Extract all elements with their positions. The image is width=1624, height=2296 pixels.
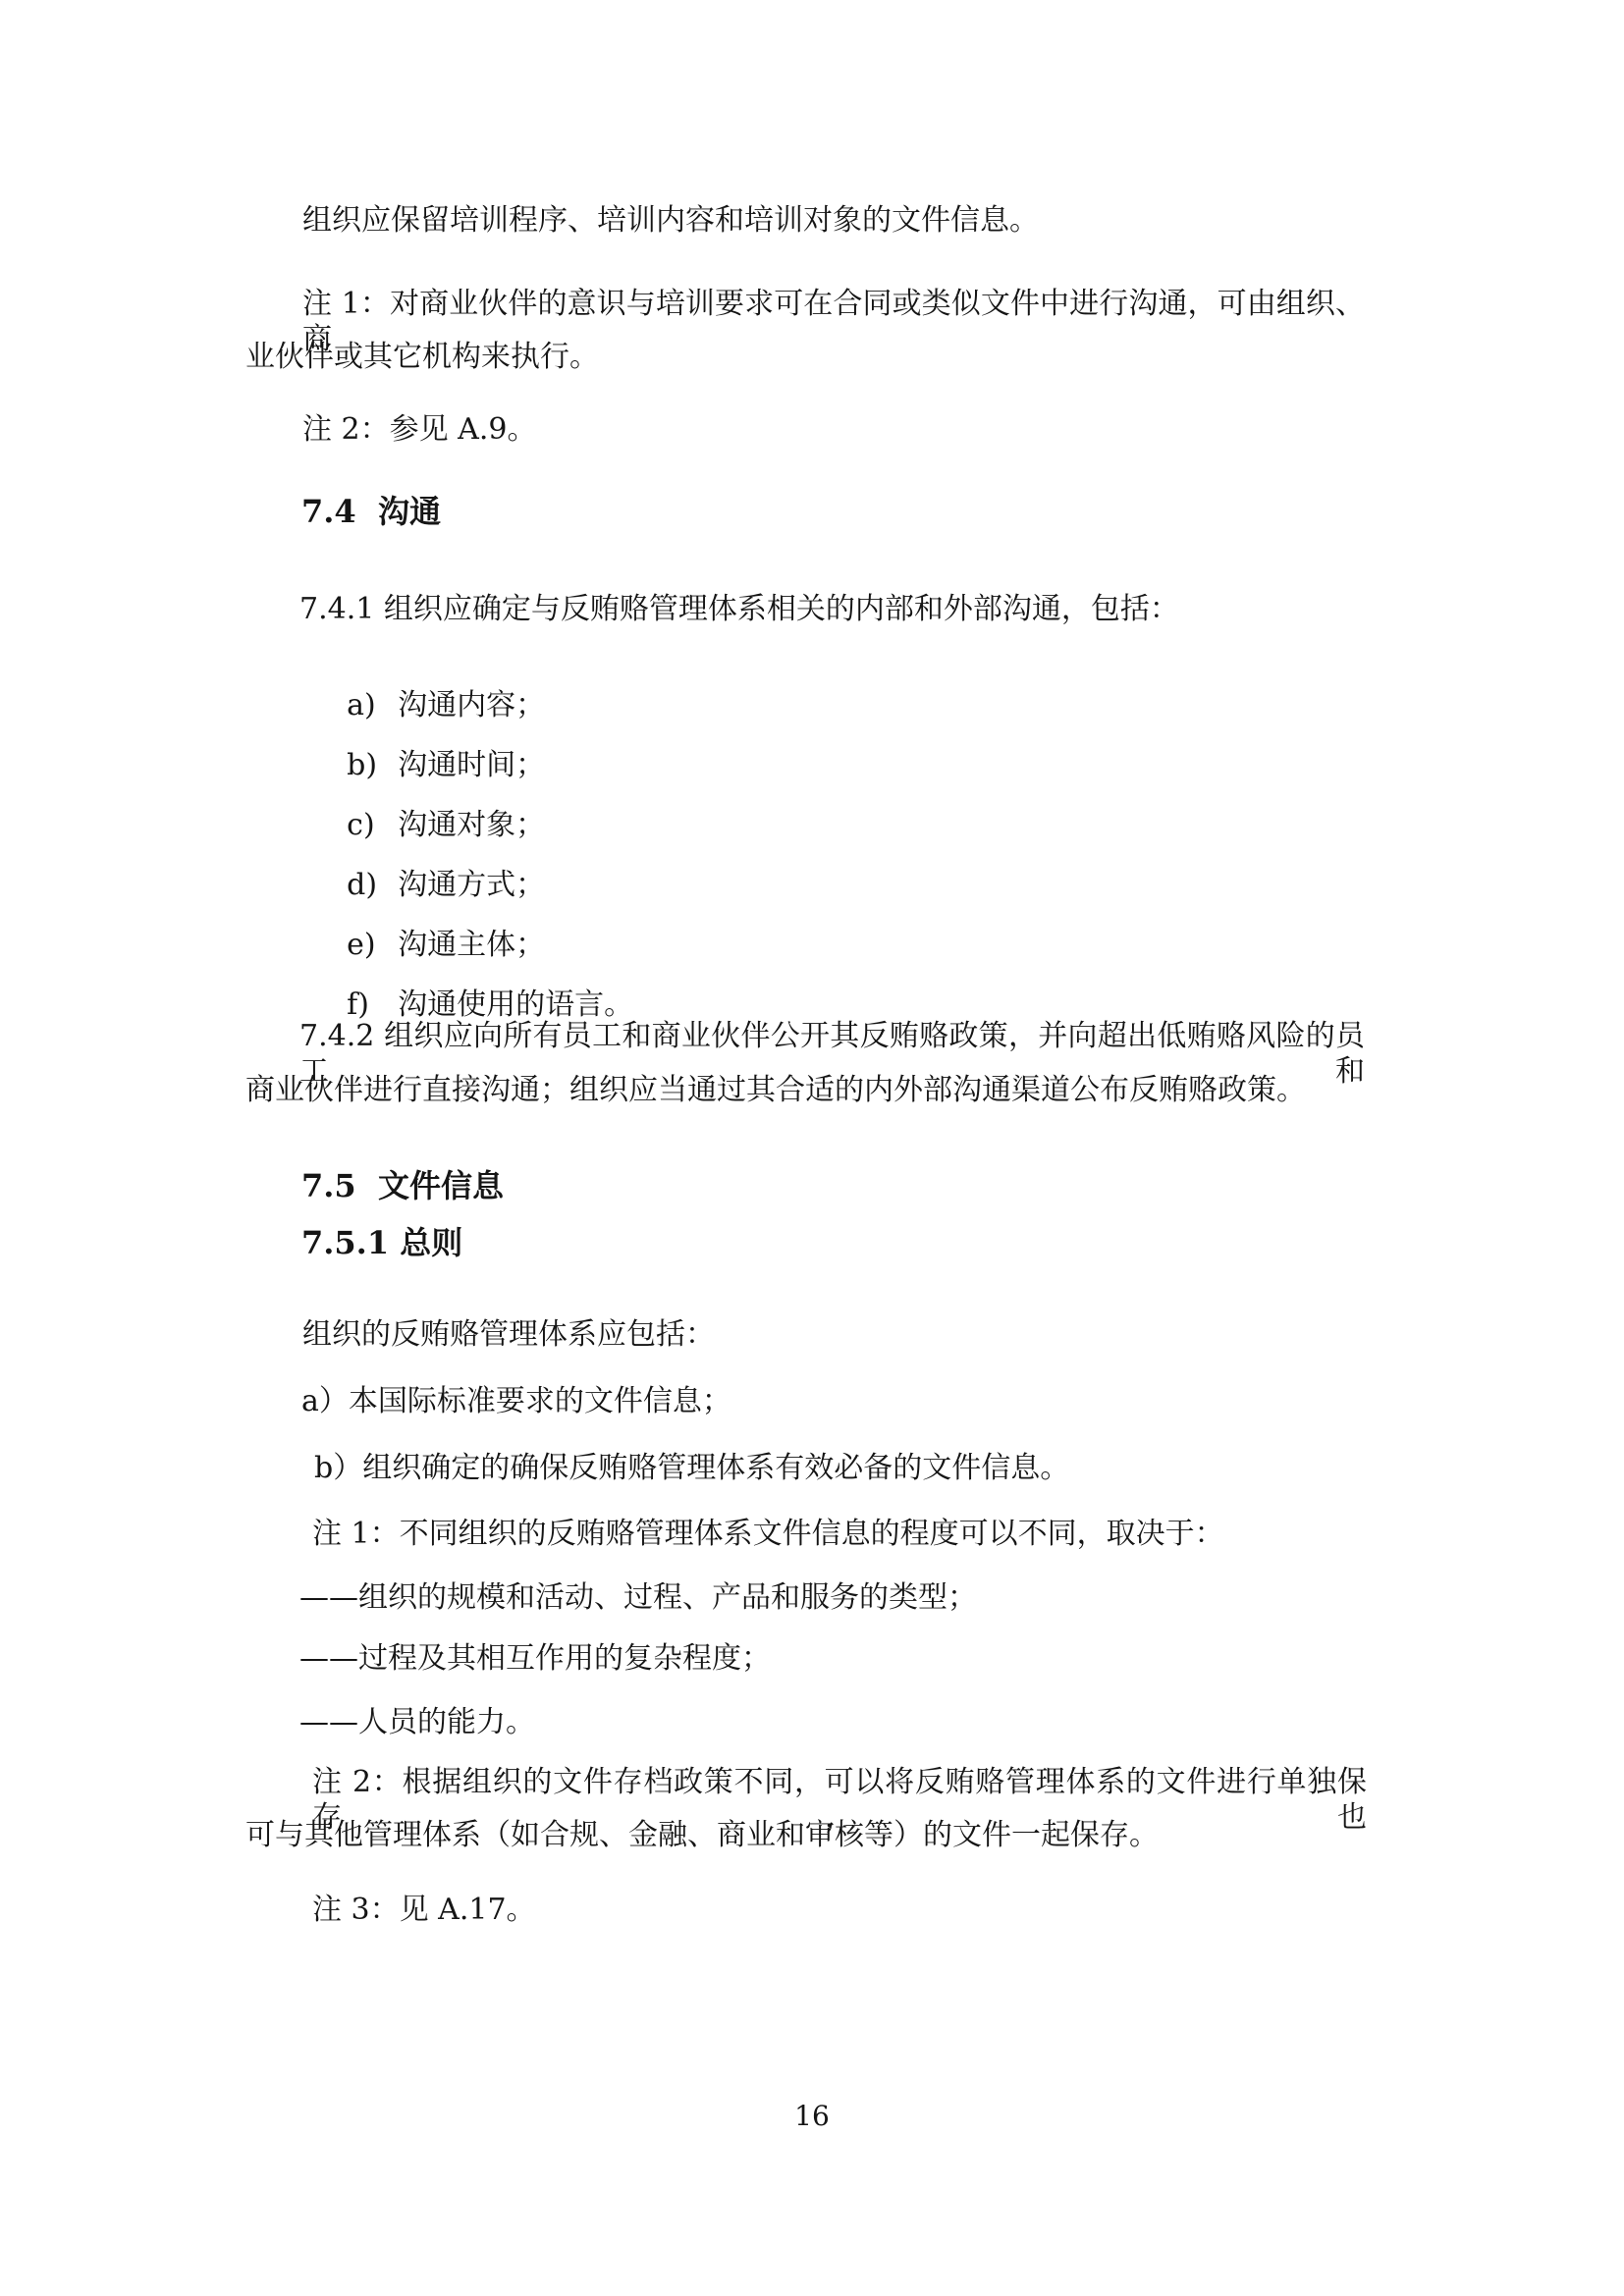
section-heading-7-5-1: 7.5.1 总则 — [301, 1225, 462, 1260]
section-heading-7-5: 7.5 文件信息 — [301, 1168, 504, 1203]
document-page: 组织应保留培训程序、培训内容和培训对象的文件信息。 注 1：对商业伙伴的意识与培… — [0, 0, 1624, 2296]
documented-info-item-b: b）组织确定的确保反贿赂管理体系有效必备的文件信息。 — [314, 1451, 1069, 1486]
note-7-5-2-line-2: 可与其他管理体系（如合规、金融、商业和审核等）的文件一起保存。 — [245, 1818, 1159, 1853]
clause-7-4-1-paragraph: 7.4.1 组织应确定与反贿赂管理体系相关的内部和外部沟通，包括： — [299, 592, 1179, 627]
body-paragraph-retain-records: 组织应保留培训程序、培训内容和培训对象的文件信息。 — [302, 203, 1039, 239]
note-2-see-a9: 注 2：参见 A.9。 — [302, 412, 536, 448]
list-marker-f: f) — [347, 988, 398, 1023]
note-7-5-1: 注 1：不同组织的反贿赂管理体系文件信息的程度可以不同，取决于： — [312, 1517, 1224, 1552]
note-7-5-3-see-a17: 注 3：见 A.17。 — [312, 1893, 536, 1928]
dash-item-personnel-competence: ——人员的能力。 — [299, 1705, 535, 1740]
note-1-line-2: 业伙伴或其它机构来执行。 — [245, 340, 599, 375]
clause-7-4-2-line-2: 商业伙伴进行直接沟通；组织应当通过其合适的内外部沟通渠道公布反贿赂政策。 — [245, 1073, 1306, 1108]
section-heading-7-4: 7.4 沟通 — [301, 494, 441, 529]
list-item-f-text: 沟通使用的语言。 — [398, 988, 633, 1022]
dash-item-process-complexity: ——过程及其相互作用的复杂程度； — [299, 1641, 771, 1677]
clause-7-5-1-intro: 组织的反贿赂管理体系应包括： — [302, 1317, 715, 1353]
dash-item-scale-activities: ——组织的规模和活动、过程、产品和服务的类型； — [299, 1580, 977, 1616]
page-number: 16 — [0, 2099, 1624, 2134]
documented-info-item-a: a）本国际标准要求的文件信息； — [301, 1384, 731, 1419]
